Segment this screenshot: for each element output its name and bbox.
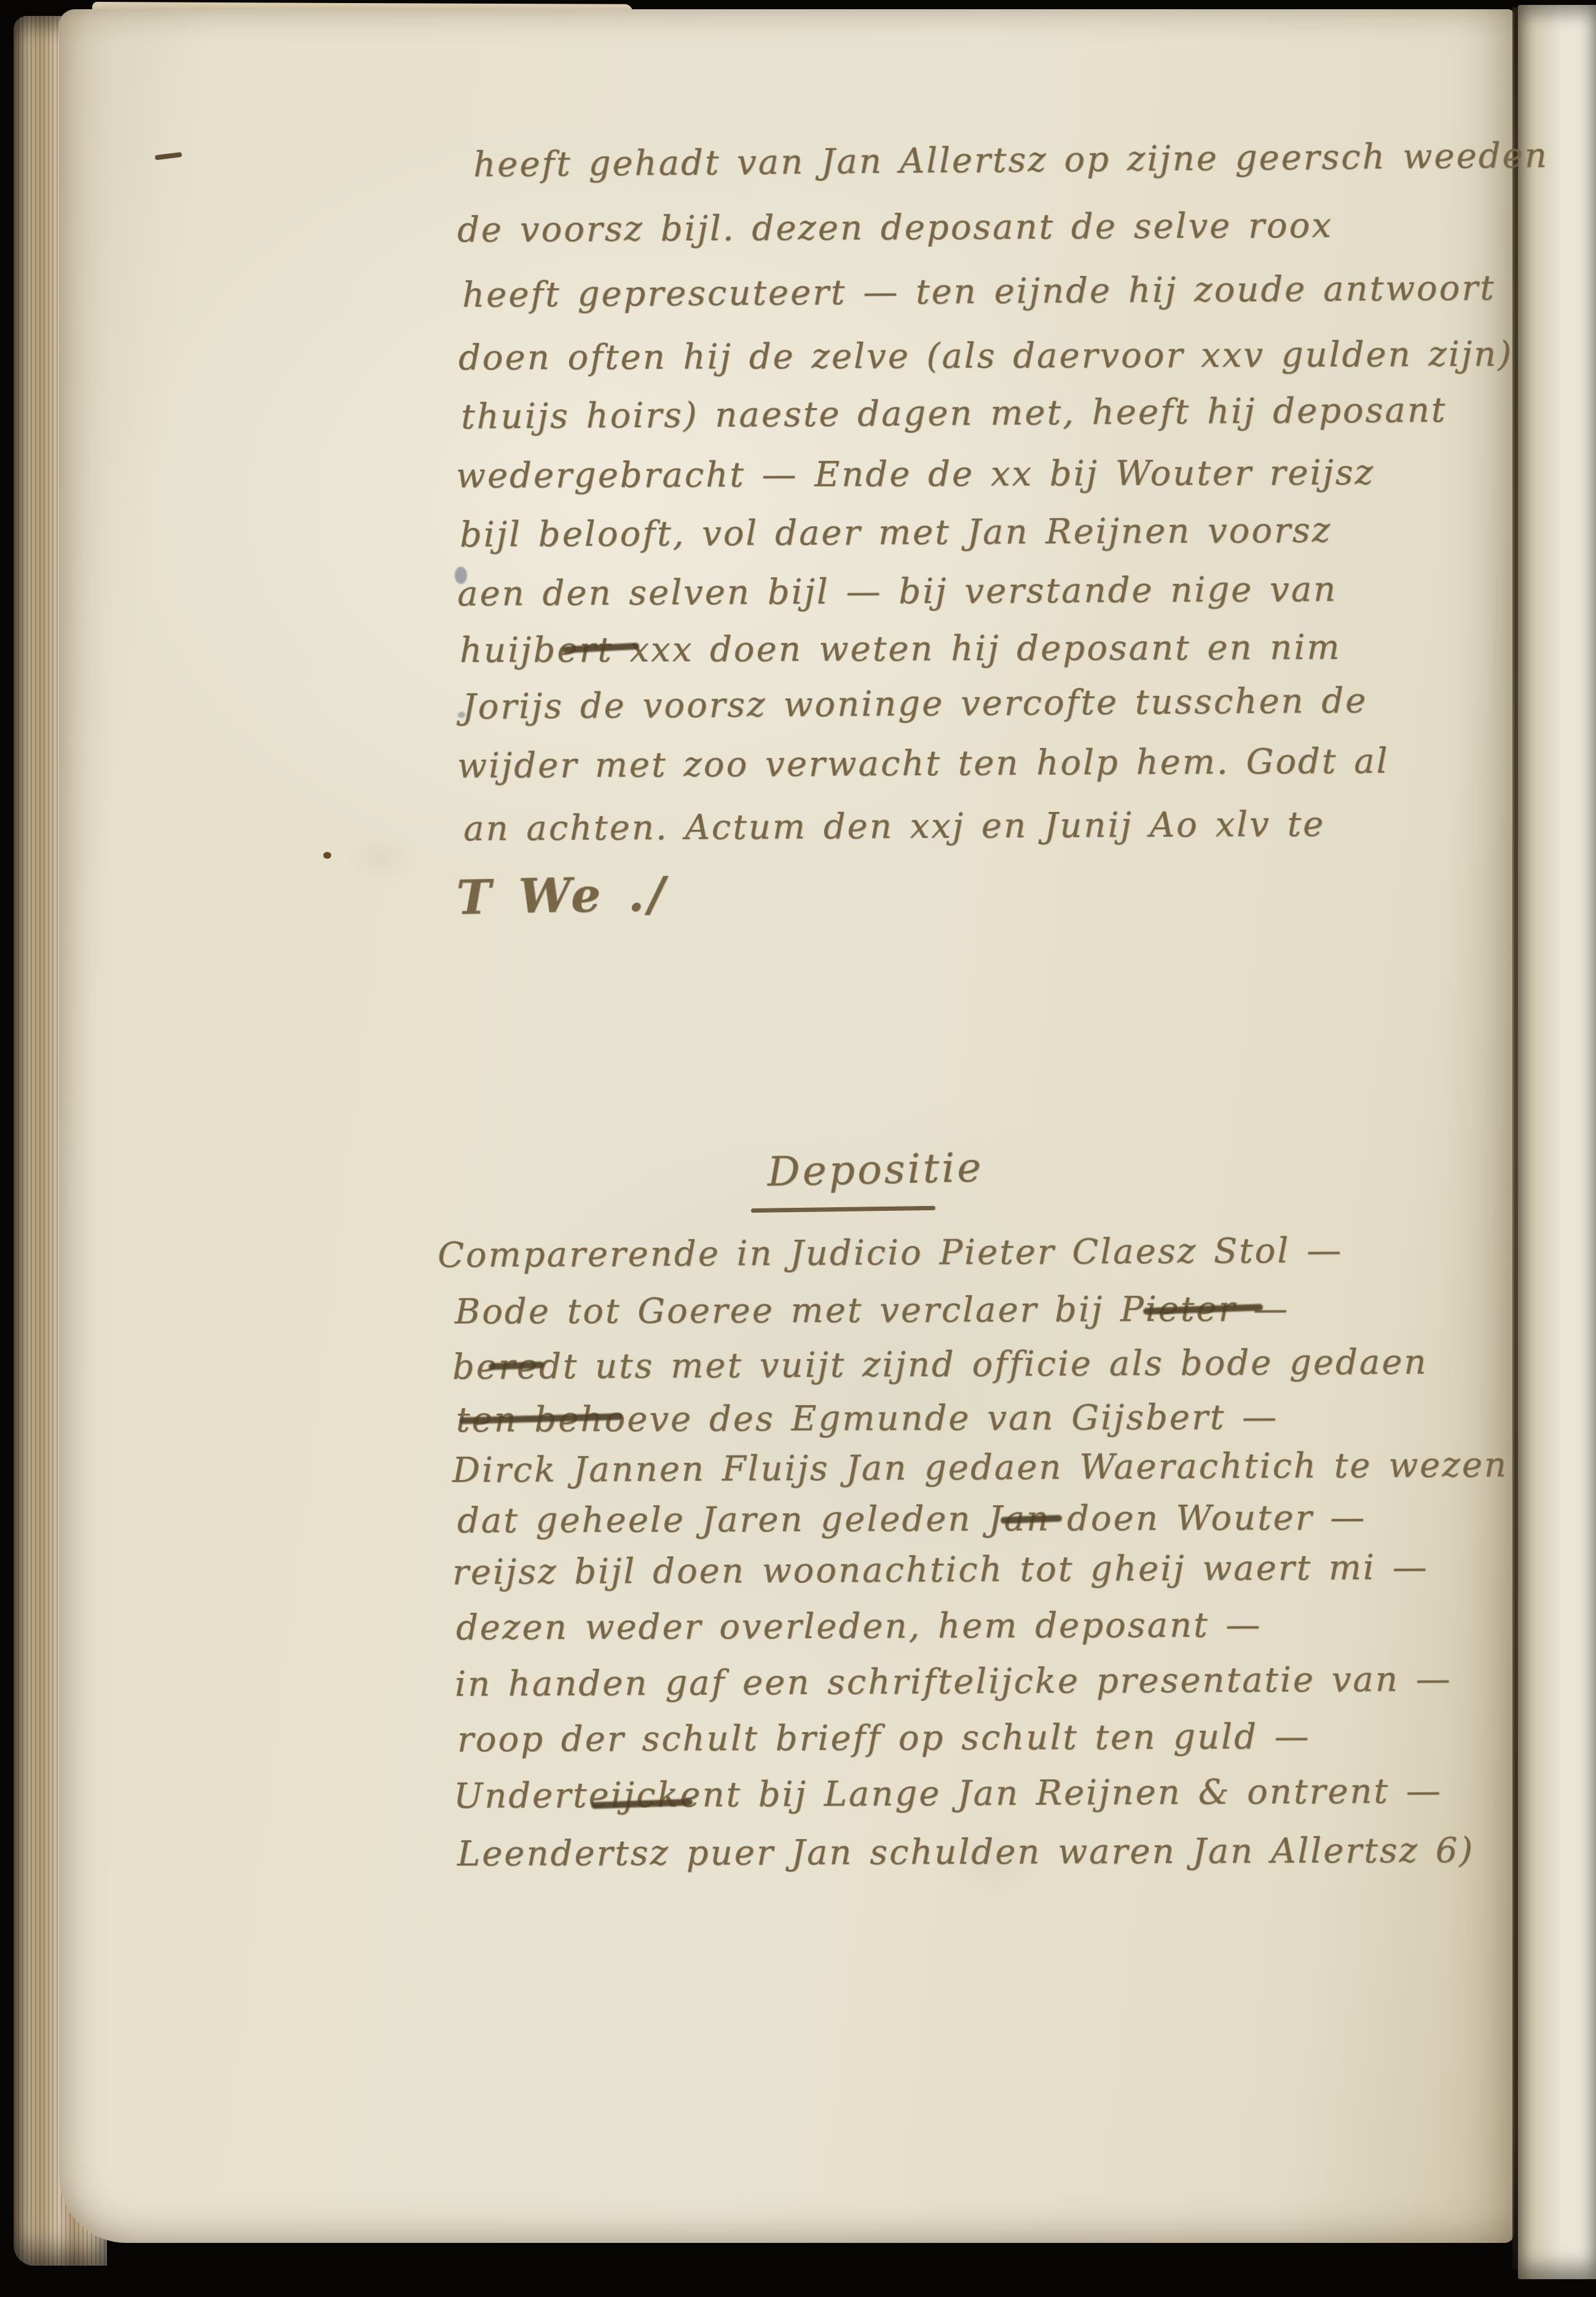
manuscript-line: Comparerende in Judicio Pieter Claesz St… xyxy=(438,1231,1343,1275)
manuscript-line: Underteijckent bij Lange Jan Reijnen & o… xyxy=(454,1771,1442,1816)
manuscript-line: wedergebracht — Ende de xx bij Wouter re… xyxy=(456,453,1375,496)
manuscript-line: dat geheele Jaren geleden Jan doen Woute… xyxy=(457,1498,1366,1541)
manuscript-line: beredt uts met vuijt zijnd officie als b… xyxy=(452,1342,1428,1387)
manuscript-line: roop der schult brieff op schult ten gul… xyxy=(457,1717,1311,1760)
manuscript-line: doen often hij de zelve (als daervoor xx… xyxy=(458,334,1513,378)
section-heading: Depositie xyxy=(767,1144,984,1196)
manuscript-line: Dirck Jannen Fluijs Jan gedaen Waerachti… xyxy=(452,1445,1508,1491)
clerk-paraph: T We ./ xyxy=(456,867,669,925)
manuscript-line: thuijs hoirs) naeste dagen met, heeft hi… xyxy=(461,390,1447,437)
scanned-book-photo: heeft gehadt van Jan Allertsz op zijne g… xyxy=(0,0,1596,2297)
manuscript-line: aen den selven bijl — bij verstande nige… xyxy=(457,570,1337,614)
manuscript-line: reijsz bijl doen woonachtich tot gheij w… xyxy=(452,1548,1429,1593)
manuscript-line: dezen weder overleden, hem deposant — xyxy=(456,1605,1262,1648)
gutter-crease xyxy=(1512,7,1518,2269)
ink-blot xyxy=(458,712,465,718)
ink-blot xyxy=(455,567,467,584)
manuscript-line: de voorsz bijl. dezen deposant de selve … xyxy=(457,206,1333,250)
facing-page-edge xyxy=(1518,5,1596,2279)
manuscript-line: wijder met zoo verwacht ten holp hem. Go… xyxy=(457,741,1390,786)
manuscript-line: Leendertsz puer Jan schulden waren Jan A… xyxy=(457,1830,1474,1874)
foxing-spot xyxy=(323,852,331,859)
manuscript-line: an achten. Actum den xxj en Junij Ao xlv… xyxy=(463,805,1325,849)
manuscript-line: in handen gaf een schriftelijcke present… xyxy=(455,1660,1452,1704)
manuscript-line: heeft geprescuteert — ten eijnde hij zou… xyxy=(462,268,1496,315)
manuscript-line: bijl belooft, vol daer met Jan Reijnen v… xyxy=(460,511,1332,555)
manuscript-line: Jorijs de voorsz woninge vercofte tussch… xyxy=(462,681,1368,727)
